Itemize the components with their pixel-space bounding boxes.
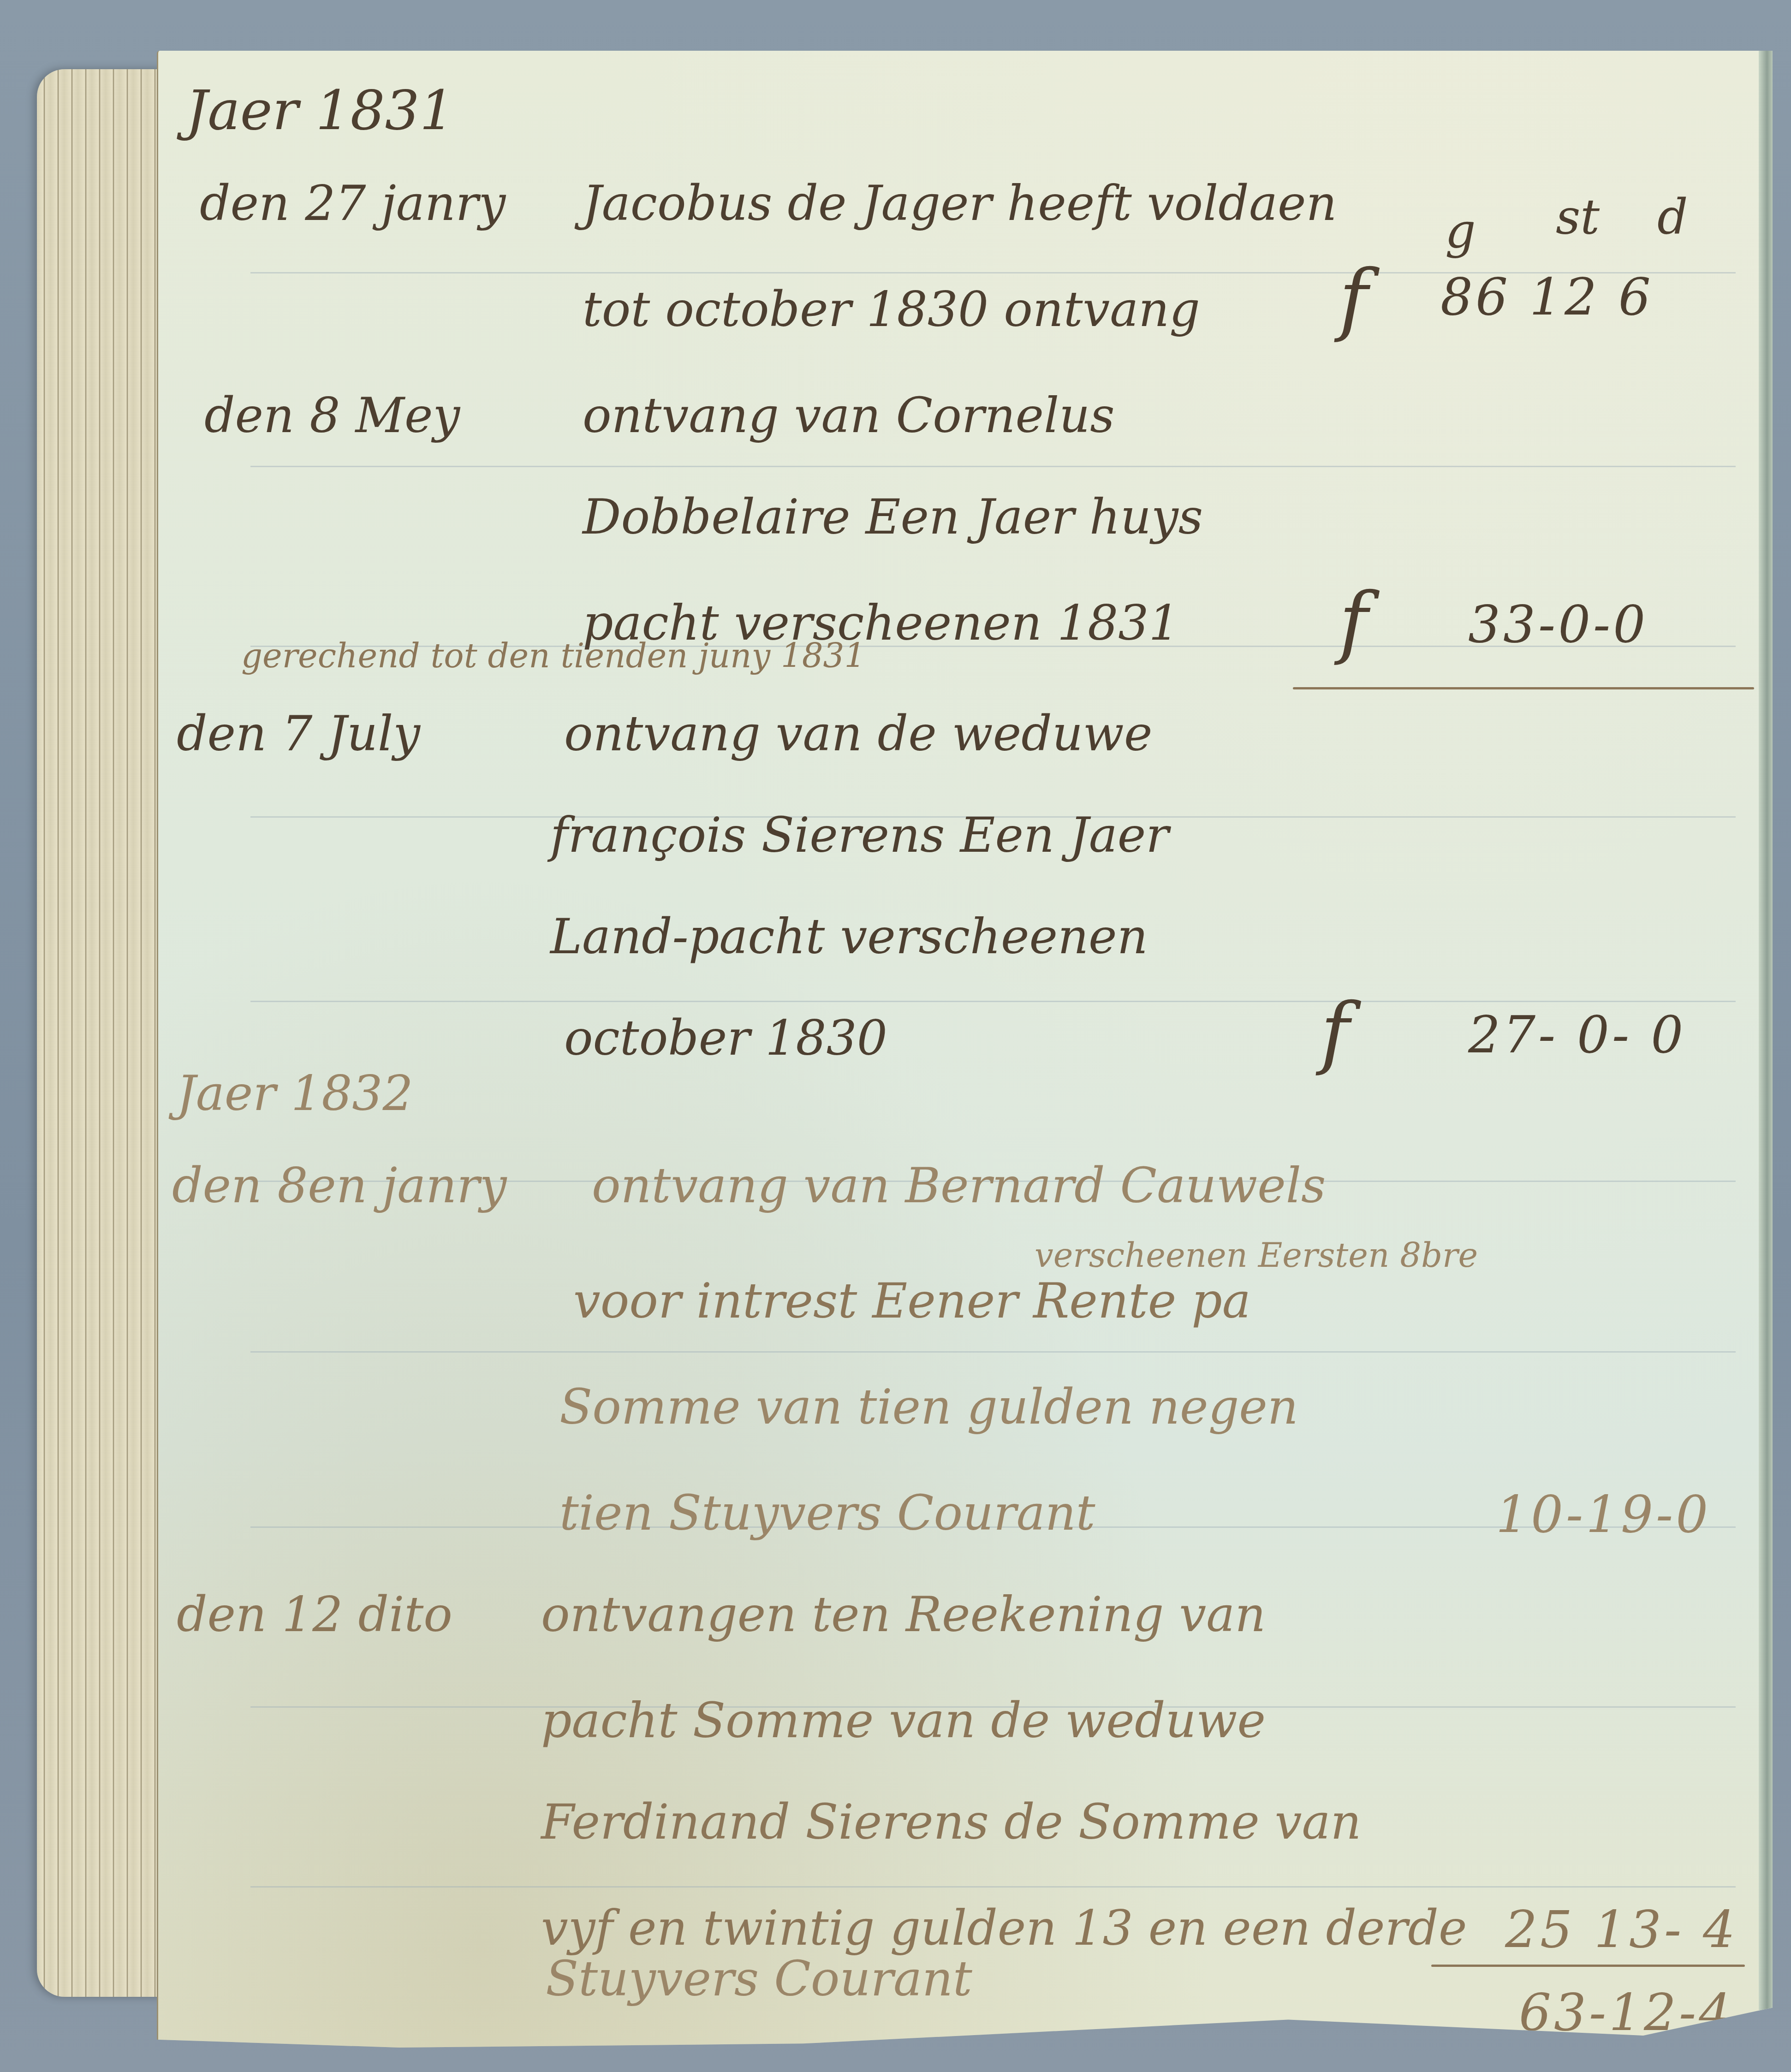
ruled-line (250, 1001, 1736, 1002)
entry-line: tot october 1830 ontvang (583, 281, 1200, 338)
ruled-line (250, 1886, 1736, 1888)
ruled-line (250, 1351, 1736, 1353)
entry-line: vyf en twintig gulden 13 en een derde (541, 1900, 1467, 1956)
entry-date: den 8 Mey (204, 387, 460, 444)
entry-line: october 1830 (564, 1010, 887, 1066)
column-header-denarii: d (1657, 189, 1688, 245)
entry-note: gerechend tot den tienden juny 1831 (241, 636, 865, 675)
entry-date: den 8en janry (172, 1158, 507, 1214)
entry-superscript-note: verscheenen Eersten 8bre (1035, 1236, 1478, 1275)
entry-amount: 10-19-0 (1496, 1485, 1711, 1544)
year-heading: Jaer 1831 (186, 78, 454, 142)
entry-line: ontvang van Cornelus (583, 387, 1115, 444)
entry-line: ontvang van Bernard Cauwels (592, 1158, 1326, 1214)
book-gutter (1759, 51, 1773, 2048)
entry-amount: 86 12 6 (1440, 267, 1654, 327)
entry-amount: 27- 0- 0 (1468, 1005, 1686, 1064)
entry-date: den 27 janry (200, 175, 506, 232)
entry-amount: 33-0-0 (1468, 595, 1648, 654)
entry-line: Stuyvers Courant (546, 1951, 972, 2007)
column-header-guilders: g (1445, 203, 1476, 259)
entry-line: ontvangen ten Reekening van (541, 1586, 1266, 1643)
year-heading: Jaer 1832 (177, 1065, 413, 1122)
subtotal-rule (1293, 687, 1754, 689)
entry-line: Land-pacht verscheenen (550, 908, 1148, 965)
entry-line: Ferdinand Sierens de Somme van (541, 1794, 1362, 1850)
column-header-stuivers: st (1556, 189, 1600, 245)
entry-line: françois Sierens Een Jaer (550, 807, 1169, 863)
ruled-line (250, 466, 1736, 467)
entry-amount: 25 13- 4 (1505, 1900, 1738, 1959)
page-stack-edges (37, 69, 175, 1997)
currency-florin: f (1339, 254, 1368, 345)
currency-florin: f (1321, 987, 1350, 1078)
entry-line: Somme van tien gulden negen (559, 1379, 1298, 1435)
currency-florin: f (1339, 576, 1368, 668)
ledger-page: Jaer 1831 g st d den 27 janry Jacobus de… (157, 51, 1773, 2048)
entry-line: pacht Somme van de weduwe (541, 1692, 1266, 1749)
entry-line: tien Stuyvers Courant (559, 1485, 1095, 1541)
entry-line: voor intrest Eener Rente pa (573, 1273, 1251, 1329)
total-rule (1431, 1965, 1745, 1967)
entry-line: Jacobus de Jager heeft voldaen (583, 175, 1337, 232)
entry-date: den 12 dito (177, 1586, 452, 1643)
entry-line: ontvang van de weduwe (564, 706, 1152, 762)
entry-line: Dobbelaire Een Jaer huys (583, 489, 1203, 545)
entry-date: den 7 July (177, 706, 420, 762)
